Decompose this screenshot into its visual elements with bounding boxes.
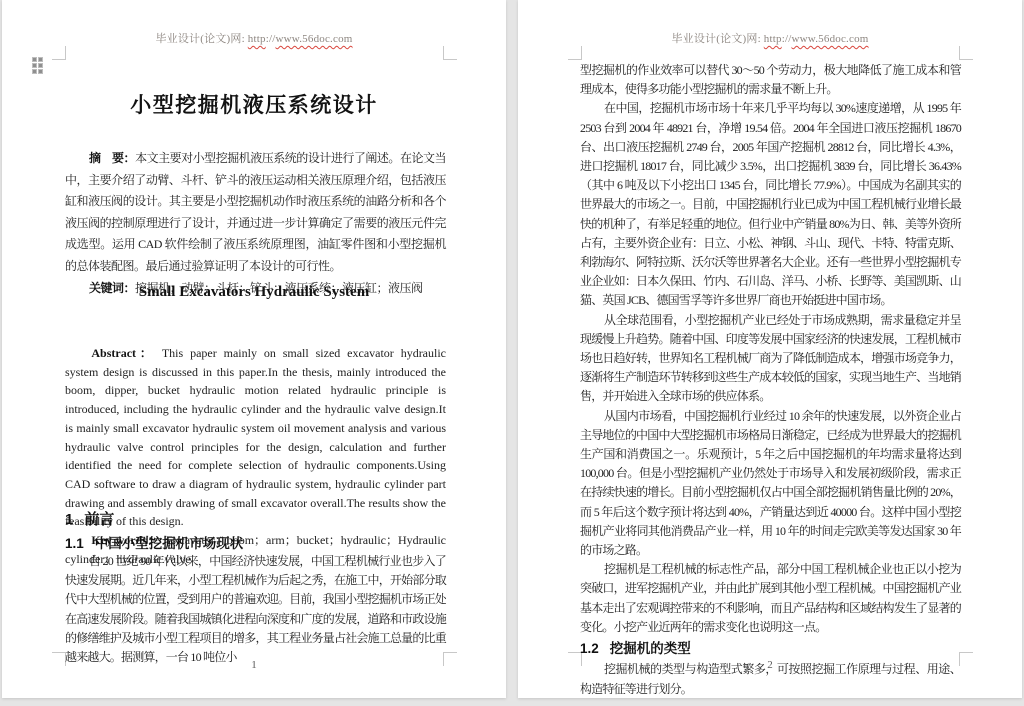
header-site-label: 毕业设计(论文)网: xyxy=(671,33,763,45)
section-1-1-number: 1.1 xyxy=(65,536,84,551)
header-url-separator: :// xyxy=(782,33,792,45)
paragraph-china-market: 在中国，挖掘机市场市场十年来几乎平均每以 30%速度递增，从 1995 年 25… xyxy=(580,99,961,310)
section-1-2-title: 挖掘机的类型 xyxy=(610,641,691,656)
page-2-body: 型挖掘机的作业效率可以替代 30～50 个劳动力，极大地降低了施工成本和管理成本… xyxy=(580,61,961,699)
en-abstract-label: Abstract： xyxy=(91,346,155,360)
page-1[interactable]: 毕业设计(论文)网: http://www.56doc.com 小型挖掘机液压系… xyxy=(2,0,506,698)
page-number-1: 1 xyxy=(2,659,506,671)
paragraph-domestic-market: 从国内市场看，中国挖掘机行业经过 10 余年的快速发展，以外资企业占主导地位的中… xyxy=(580,407,961,561)
page-number-2: 2 xyxy=(518,659,1022,671)
section-1-1-title: 中国小型挖掘机市场现状 xyxy=(95,536,244,551)
abstract-text: 本文主要对小型挖掘机液压系统的设计进行了阐述。在论文当中，主要介绍了动臂、斗杆、… xyxy=(65,151,446,273)
section-1-number: 1 xyxy=(65,511,73,528)
page-header: 毕业设计(论文)网: http://www.56doc.com xyxy=(518,30,1022,46)
english-title: Small Excavators Hydraulic System xyxy=(2,284,506,301)
header-url-host: www.56doc.com xyxy=(792,33,869,45)
en-abstract-text: This paper mainly on small sized excavat… xyxy=(65,346,446,528)
abstract-label: 摘 要： xyxy=(89,151,135,165)
header-url-separator: :// xyxy=(266,33,276,45)
section-heading-1-1: 1.1中国小型挖掘机市场现状 xyxy=(65,532,243,552)
document-view: 毕业设计(论文)网: http://www.56doc.com 小型挖掘机液压系… xyxy=(0,0,1024,706)
header-url-scheme: http xyxy=(248,33,266,45)
section-1-title: 前言 xyxy=(84,511,114,528)
margin-crop-mark-top-left-icon xyxy=(52,46,66,60)
page-2[interactable]: 毕业设计(论文)网: http://www.56doc.com 型挖掘机的作业效… xyxy=(518,0,1022,698)
chinese-abstract-block: 摘 要：本文主要对小型挖掘机液压系统的设计进行了阐述。在论文当中，主要介绍了动臂… xyxy=(65,148,446,299)
section-heading-1-2: 1.2挖掘机的类型 xyxy=(580,639,961,658)
en-abstract-paragraph: Abstract：This paper mainly on small size… xyxy=(65,344,446,531)
header-site-label: 毕业设计(论文)网: xyxy=(155,33,247,45)
paragraph-global-market: 从全球范围看，小型挖掘机产业已经处于市场成熟期，需求量稳定并呈现缓慢上升趋势。随… xyxy=(580,311,961,407)
margin-crop-mark-top-right-icon xyxy=(959,46,973,60)
section-heading-1: 1前言 xyxy=(65,508,114,529)
page-header: 毕业设计(论文)网: http://www.56doc.com xyxy=(2,30,506,46)
header-url-host: www.56doc.com xyxy=(276,33,353,45)
abstract-paragraph: 摘 要：本文主要对小型挖掘机液压系统的设计进行了阐述。在论文当中，主要介绍了动臂… xyxy=(65,148,446,278)
paragraph-market-status: 自 20 世纪 90 年代以来，中国经济快速发展，中国工程机械行业也步入了快速发… xyxy=(65,552,446,667)
document-title: 小型挖掘机液压系统设计 xyxy=(2,89,506,119)
margin-crop-mark-top-left-icon xyxy=(568,46,582,60)
paragraph-industry-flagship: 挖掘机是工程机械的标志性产品，部分中国工程机械企业也正以小挖为突破口，进军挖掘机… xyxy=(580,560,961,637)
paragraph-drag-handle-icon[interactable] xyxy=(33,58,42,73)
section-1-2-number: 1.2 xyxy=(580,641,599,656)
paragraph-continuation: 型挖掘机的作业效率可以替代 30～50 个劳动力，极大地降低了施工成本和管理成本… xyxy=(580,61,961,99)
header-url-scheme: http xyxy=(764,33,782,45)
margin-crop-mark-top-right-icon xyxy=(443,46,457,60)
